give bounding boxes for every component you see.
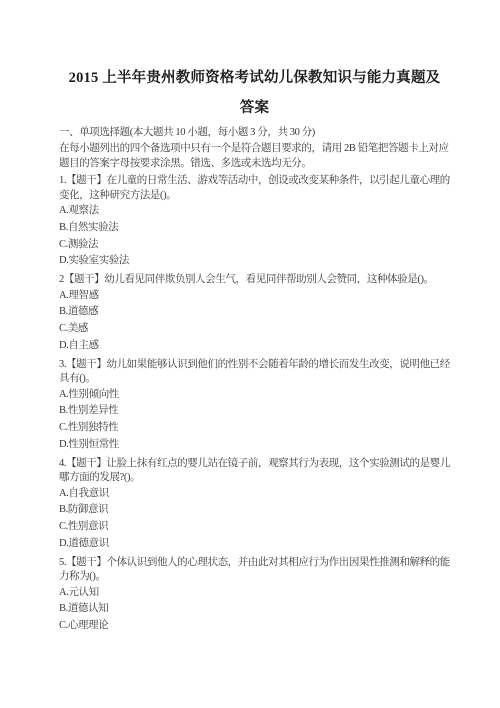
question-1-option-c: C.测验法 [59,237,450,254]
question-2-option-a: A.理智感 [59,288,450,305]
question-3: 3.【题干】幼儿如果能够认识到他们的性别不会随着年龄的增长而发生改变，说明他已经… [59,358,450,454]
question-1-option-b: B.自然实验法 [59,220,450,237]
question-2: 2【题干】幼儿看见同伴欺负别人会生气，看见同伴帮助别人会赞同，这种体验是()。 … [59,273,450,355]
document-page: 2015 上半年贵州教师资格考试幼儿保教知识与能力真题及 答案 一、单项选择题(… [0,0,500,708]
question-stem-line: 2【题干】幼儿看见同伴欺负别人会生气，看见同伴帮助别人会赞同，这种体验是()。 [59,273,450,288]
question-stem-line: 力称为()。 [59,570,450,585]
section-heading: 一、单项选择题(本大题共 10 小题，每小题 3 分，共 30 分) [59,125,450,140]
question-1-option-a: A.观察法 [59,203,450,220]
question-3-option-a: A.性别倾向性 [59,387,450,404]
question-4-stem: 4.【题干】让脸上抹有红点的婴儿站在镜子前，观察其行为表现，这个实验测试的是婴儿… [59,457,450,486]
question-stem-line: 变化，这种研究方法是()。 [59,189,450,204]
instructions-line: 在每小题列出的四个备选项中只有一个是符合题目要求的，请用 2B 铅笔把答题卡上对… [59,142,450,157]
question-stem-line: 4.【题干】让脸上抹有红点的婴儿站在镜子前，观察其行为表现，这个实验测试的是婴儿 [59,457,450,472]
question-4-option-c: C.性别意识 [59,519,450,536]
question-1-stem: 1.【题干】在儿童的日常生活、游戏等活动中，创设或改变某种条件，以引起儿童心理的… [59,174,450,203]
question-2-option-c: C.美感 [59,321,450,338]
document-title: 2015 上半年贵州教师资格考试幼儿保教知识与能力真题及 答案 [59,63,450,123]
question-3-option-b: B.性别差异性 [59,403,450,420]
question-2-option-d: D.自主感 [59,338,450,355]
question-stem-line: 5.【题干】个体认识到他人的心理状态，并由此对其相应行为作出因果性推测和解释的能 [59,556,450,571]
question-4-option-b: B.防御意识 [59,502,450,519]
question-4: 4.【题干】让脸上抹有红点的婴儿站在镜子前，观察其行为表现，这个实验测试的是婴儿… [59,457,450,553]
question-1: 1.【题干】在儿童的日常生活、游戏等活动中，创设或改变某种条件，以引起儿童心理的… [59,174,450,270]
question-3-stem: 3.【题干】幼儿如果能够认识到他们的性别不会随着年龄的增长而发生改变，说明他已经… [59,358,450,387]
question-stem-line: 1.【题干】在儿童的日常生活、游戏等活动中，创设或改变某种条件，以引起儿童心理的 [59,174,450,189]
question-2-option-b: B.道德感 [59,304,450,321]
question-1-option-d: D.实验室实验法 [59,253,450,270]
document-title-line-2: 答案 [59,93,450,123]
question-5-option-b: B.道德认知 [59,601,450,618]
question-5-option-c: C.心理理论 [59,618,450,635]
question-3-option-c: C.性别独特性 [59,420,450,437]
question-stem-line: 3.【题干】幼儿如果能够认识到他们的性别不会随着年龄的增长而发生改变，说明他已经 [59,358,450,373]
question-stem-line: 具有()。 [59,372,450,387]
question-2-stem: 2【题干】幼儿看见同伴欺负别人会生气，看见同伴帮助别人会赞同，这种体验是()。 [59,273,450,288]
question-5: 5.【题干】个体认识到他人的心理状态，并由此对其相应行为作出因果性推测和解释的能… [59,556,450,635]
instructions-line: 题目的答案字母按要求涂黑。错选、多选或未选均无分。 [59,157,450,172]
question-3-option-d: D.性别恒常性 [59,437,450,454]
question-4-option-a: A.自我意识 [59,486,450,503]
document-title-line-1: 2015 上半年贵州教师资格考试幼儿保教知识与能力真题及 [59,63,450,93]
question-5-option-a: A.元认知 [59,585,450,602]
instructions-paragraph: 在每小题列出的四个备选项中只有一个是符合题目要求的，请用 2B 铅笔把答题卡上对… [59,142,450,171]
question-5-stem: 5.【题干】个体认识到他人的心理状态，并由此对其相应行为作出因果性推测和解释的能… [59,556,450,585]
question-4-option-d: D.道德意识 [59,536,450,553]
question-stem-line: 哪方面的发展?()。 [59,471,450,486]
